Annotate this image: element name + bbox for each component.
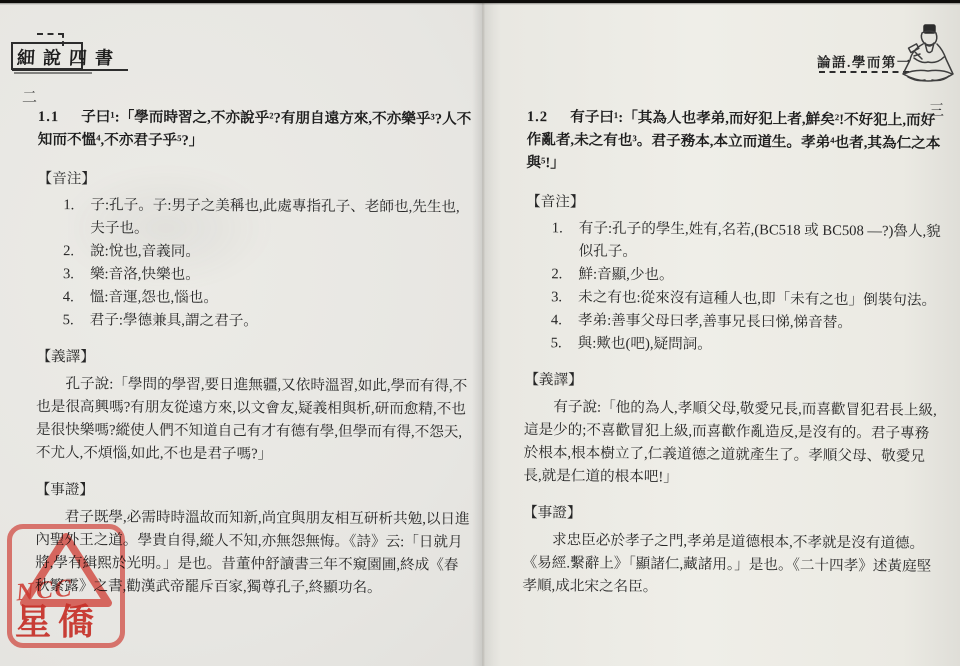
note-text: 有子:孔子的學生,姓有,名若,(BC518 或 BC508 —?)魯人,貌似孔子… (578, 218, 940, 267)
note-text: 鮮:音顯,少也。 (578, 264, 940, 290)
section-title-phonetic-notes: 【音注】 (37, 168, 473, 194)
left-page-number: 二 (22, 86, 37, 107)
evidence-paragraph: 求忠臣必於孝子之門,孝弟是道德根本,不孝就是沒有道德。《易經.繫辭上》「顯諸仁,… (522, 529, 938, 602)
photo-top-edge (0, 0, 960, 5)
note-number: 3. (551, 286, 578, 309)
open-book-spread: 細說四書 二 論語.學而第一 三 1.1子曰¹:「學而時習之,不亦說乎²?有朋自… (0, 0, 960, 666)
note-text: 君子:學德兼具,謂之君子。 (90, 309, 473, 334)
note-text: 慍:音運,怨也,惱也。 (90, 286, 473, 311)
book-series-title: 細說四書 (16, 44, 121, 70)
section-title-evidence: 【事證】 (523, 502, 938, 529)
section-title-translation: 【義譯】 (36, 346, 472, 372)
note-text: 與:歟也(吧),疑問詞。 (578, 332, 940, 358)
note-text: 樂:音洛,快樂也。 (90, 263, 473, 288)
note-number: 5. (551, 332, 578, 355)
note-item: 5.君子:學德兼具,謂之君子。 (37, 309, 473, 335)
book-fold-shadow (472, 0, 494, 666)
passage-1-1: 1.1子曰¹:「學而時習之,不亦說乎²?有朋自遠方來,不亦樂乎³?人不知而不慍⁴… (38, 106, 474, 155)
note-number: 2. (551, 263, 578, 286)
chapter-header-dashed-underline (819, 71, 909, 73)
phonetic-notes-list: 1.有子:孔子的學生,姓有,名若,(BC518 或 BC508 —?)魯人,貌似… (525, 217, 941, 359)
section-title-phonetic-notes: 【音注】 (526, 191, 941, 218)
note-item: 2.說:悅也,音義同。 (37, 240, 473, 266)
note-number: 5. (63, 309, 90, 332)
note-text: 說:悅也,音義同。 (90, 240, 473, 265)
note-number: 2. (63, 240, 90, 263)
note-text: 未之有也:從來沒有這種人也,即「未有之也」倒裝句法。 (578, 287, 940, 313)
passage-1-2: 1.2有子曰¹:「其為人也孝弟,而好犯上者,鮮矣²!不好犯上,而好作亂者,未之有… (526, 106, 942, 179)
passage-text: 有子曰¹:「其為人也孝弟,而好犯上者,鮮矣²!不好犯上,而好作亂者,未之有也³。… (526, 109, 940, 171)
stamp-name: 星僑 (15, 594, 101, 645)
logo-underline-secondary (14, 72, 92, 74)
note-text: 孝弟:善事父母曰孝,善事兄長曰悌,悌音替。 (578, 309, 940, 335)
phonetic-notes-list: 1.子:孔子。子:男子之美稱也,此處專指孔子、老師也,先生也,夫子也。 2.說:… (37, 194, 474, 335)
note-item: 1.子:孔子。子:男子之美稱也,此處專指孔子、老師也,先生也,夫子也。 (37, 194, 473, 243)
note-item: 1.有子:孔子的學生,姓有,名若,(BC518 或 BC508 —?)魯人,貌似… (525, 217, 940, 267)
red-stamp-watermark: NCC 星僑 (7, 524, 125, 648)
section-title-evidence: 【事證】 (36, 479, 472, 505)
chapter-header: 論語.學而第一 (817, 51, 912, 71)
note-item: 3.樂:音洛,快樂也。 (37, 263, 473, 289)
passage-text: 子曰¹:「學而時習之,不亦說乎²?有朋自遠方來,不亦樂乎³?人不知而不慍⁴,不亦… (38, 109, 472, 149)
passage-number: 1.1 (38, 109, 59, 125)
passage-number: 1.2 (527, 109, 548, 125)
section-title-translation: 【義譯】 (524, 369, 939, 396)
note-item: 5.與:歟也(吧),疑問詞。 (525, 332, 940, 359)
translation-paragraph: 有子說:「他的為人,孝順父母,敬愛兄長,而喜歡冒犯君長上級,這是少的;不喜歡冒犯… (523, 396, 939, 492)
note-number: 4. (63, 286, 90, 309)
note-text: 子:孔子。子:男子之美稱也,此處專指孔子、老師也,先生也,夫子也。 (90, 194, 473, 242)
note-number: 3. (63, 263, 90, 286)
note-number: 1. (63, 194, 90, 240)
seated-scholar-icon (899, 23, 958, 93)
note-number: 4. (551, 309, 578, 332)
translation-paragraph: 孔子說:「學問的學習,要日進無疆,又依時溫習,如此,學而有得,不也是很高興嗎?有… (36, 373, 473, 468)
note-number: 1. (551, 217, 578, 263)
right-page-content: 1.2有子曰¹:「其為人也孝弟,而好犯上者,鮮矣²!不好犯上,而好作亂者,未之有… (522, 106, 942, 602)
note-item: 4.慍:音運,怨也,惱也。 (37, 286, 473, 312)
